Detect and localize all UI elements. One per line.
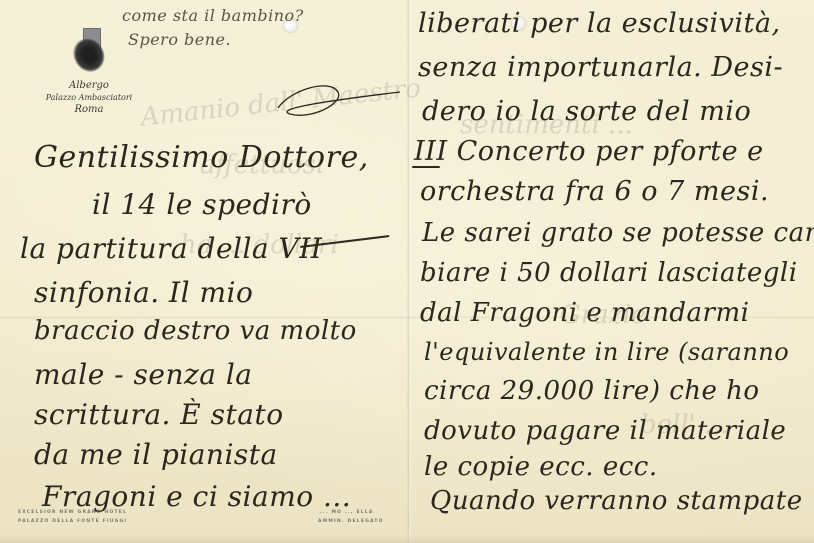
letterhead-line-1: Albergo <box>34 80 144 92</box>
letter-sheet: Amanio dall' Maestro affettuosi ha ... d… <box>0 0 814 543</box>
right-line-2: senza importunarla. Desi- <box>418 52 783 83</box>
hotel-crest-icon <box>72 28 106 74</box>
right-line-5: orchestra fra 6 o 7 mesi. <box>420 176 769 207</box>
right-line-3: dero io la sorte del mio <box>422 96 751 127</box>
right-line-4: III Concerto per pforte e <box>414 136 764 167</box>
letterhead-line-3: Roma <box>34 104 144 116</box>
right-line-8: dal Fragoni e mandarmi <box>420 298 749 328</box>
right-line-12: le copie ecc. ecc. <box>424 452 658 482</box>
right-line-1: liberati per la esclusività, <box>418 8 781 39</box>
right-line-13: Quando verranno stampate <box>430 486 803 516</box>
right-line-10: circa 29.000 lire) che ho <box>424 376 760 406</box>
paper-edge <box>0 535 814 543</box>
footer-right-line-1: ... MO ... ELLA <box>320 510 374 515</box>
footer-right-line-2: AMMIN. DELEGATO <box>318 519 384 524</box>
right-line-9: l'equivalente in lire (saranno <box>424 338 789 366</box>
left-line-6: scrittura. È stato <box>34 398 284 431</box>
postscript-line-1: come sta il bambino? <box>122 6 304 25</box>
left-line-1: il 14 le spedirò <box>92 188 312 221</box>
left-line-4: braccio destro va molto <box>34 316 357 346</box>
right-line-11: dovuto pagare il materiale <box>424 416 786 446</box>
left-line-7: da me il pianista <box>34 438 278 471</box>
right-line-6: Le sarei grato se potesse cam- <box>422 218 814 248</box>
left-line-8: Fragoni e ci siamo ... <box>42 480 351 513</box>
left-line-5: male - senza la <box>34 358 253 391</box>
letterhead-line-2: Palazzo Ambasciatori <box>34 92 144 104</box>
footer-left-line-2: PALAZZO DELLA FONTE FIUGGI <box>18 519 127 524</box>
left-line-2: la partitura della VII <box>20 232 322 265</box>
postscript-line-2: Spero bene. <box>128 30 231 49</box>
right-line-7: biare i 50 dollari lasciategli <box>420 258 798 288</box>
left-line-3: sinfonia. Il mio <box>34 276 253 309</box>
signature-flourish <box>270 70 410 130</box>
footer-left-line-1: EXCELSIOR NEW GRAND HOTEL <box>18 510 127 515</box>
salutation: Gentilissimo Dottore, <box>34 140 369 175</box>
